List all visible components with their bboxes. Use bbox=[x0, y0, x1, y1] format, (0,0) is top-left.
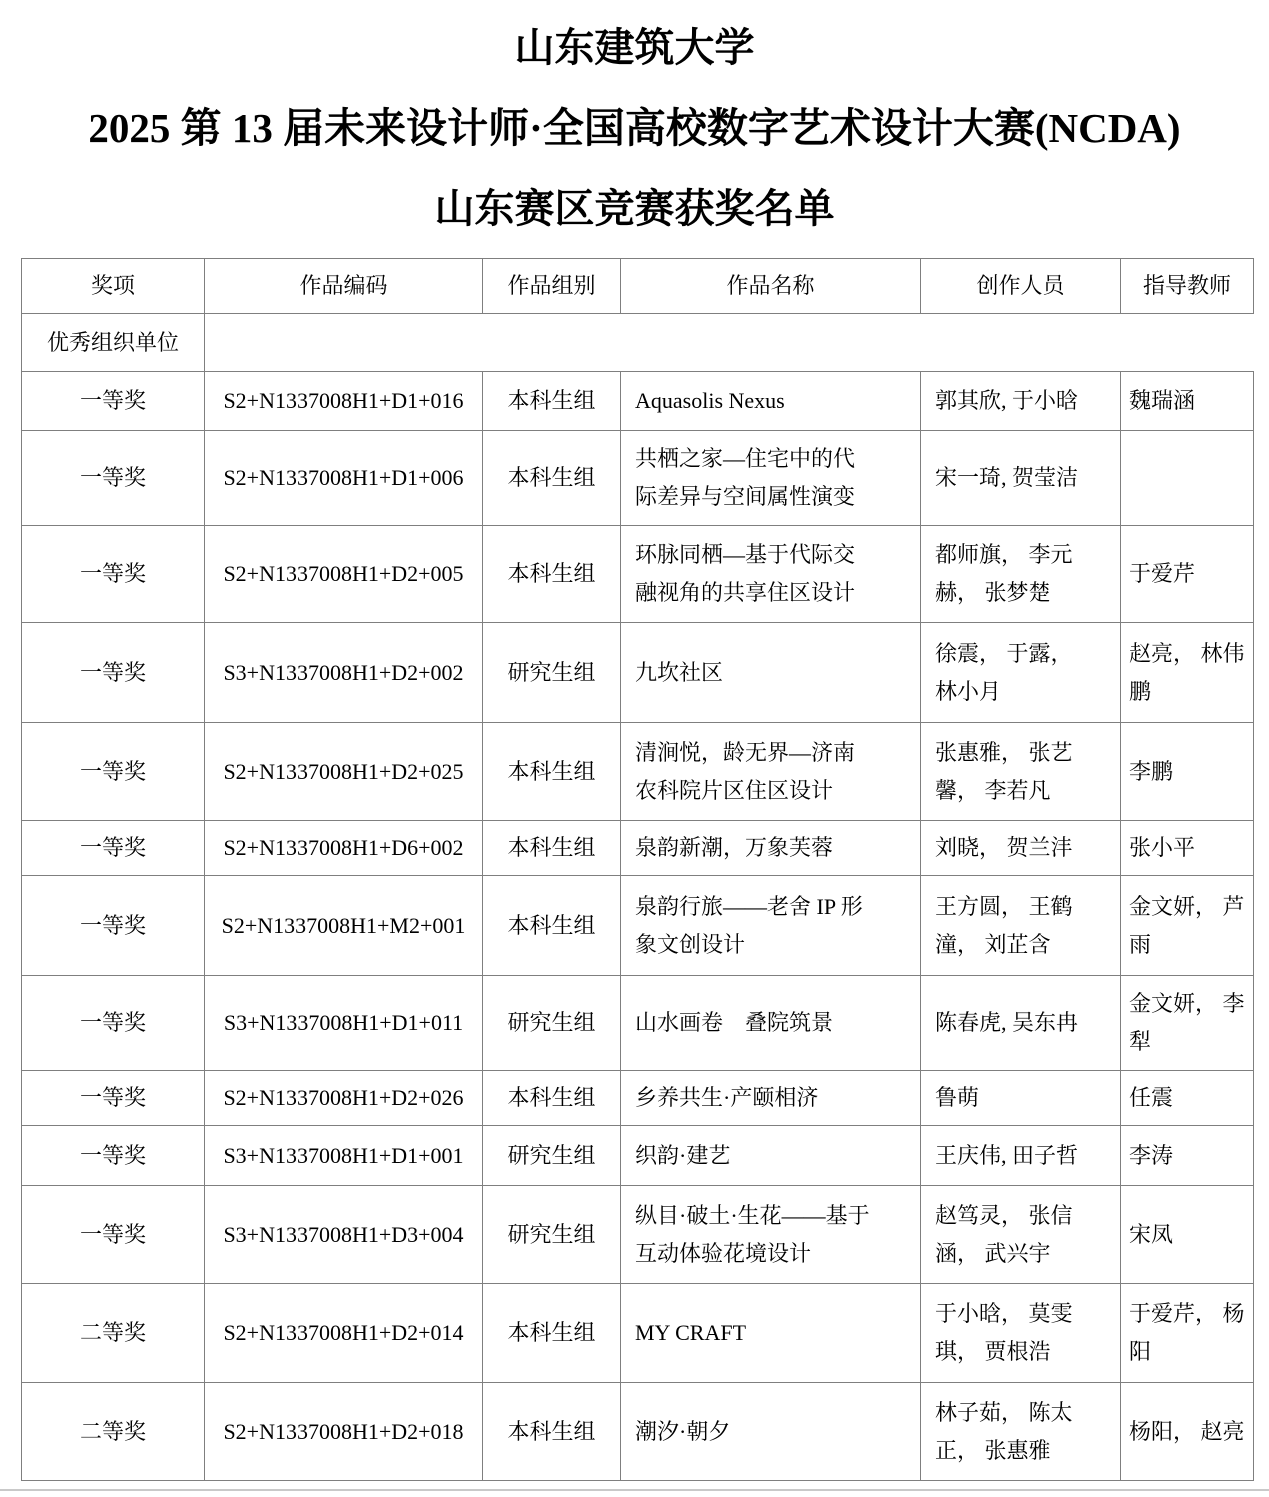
page-edge-line bbox=[0, 1489, 1269, 1491]
creators-cell: 宋一琦, 贺莹洁 bbox=[921, 431, 1121, 526]
header-row: 奖项 作品编码 作品组别 作品名称 创作人员 指导教师 bbox=[22, 259, 1254, 314]
award-cell: 一等奖 bbox=[22, 526, 205, 623]
header-teacher: 指导教师 bbox=[1121, 259, 1254, 314]
award-cell: 一等奖 bbox=[22, 821, 205, 876]
code-cell: S2+N1337008H1+D2+005 bbox=[205, 526, 483, 623]
table-row: 一等奖 S3+N1337008H1+D3+004 研究生组 纵目·破土·生花——… bbox=[22, 1186, 1254, 1284]
group-cell: 本科生组 bbox=[483, 431, 621, 526]
work-name-cell: 泉韵新潮，万象芙蓉 bbox=[621, 821, 921, 876]
table-row: 一等奖 S2+N1337008H1+D1+016 本科生组 Aquasolis … bbox=[22, 372, 1254, 431]
award-cell: 二等奖 bbox=[22, 1284, 205, 1383]
group-cell: 本科生组 bbox=[483, 1383, 621, 1481]
teacher-cell: 于爱芹， 杨阳 bbox=[1121, 1284, 1254, 1383]
code-cell: S2+N1337008H1+D2+014 bbox=[205, 1284, 483, 1383]
code-cell: S2+N1337008H1+D6+002 bbox=[205, 821, 483, 876]
creators-cell: 王庆伟, 田子哲 bbox=[921, 1126, 1121, 1186]
code-cell: S3+N1337008H1+D3+004 bbox=[205, 1186, 483, 1284]
work-name-cell: 泉韵行旅——老舍 IP 形象文创设计 bbox=[621, 876, 921, 976]
code-cell: S2+N1337008H1+D1+016 bbox=[205, 372, 483, 431]
award-cell: 二等奖 bbox=[22, 1383, 205, 1481]
work-name-cell: 乡养共生·产颐相济 bbox=[621, 1071, 921, 1126]
award-cell: 一等奖 bbox=[22, 372, 205, 431]
code-cell: S3+N1337008H1+D2+002 bbox=[205, 623, 483, 723]
award-table: 奖项 作品编码 作品组别 作品名称 创作人员 指导教师 优秀组织单位 一等奖 S… bbox=[21, 258, 1254, 1481]
award-list-subtitle: 山东赛区竞赛获奖名单 bbox=[0, 177, 1269, 234]
award-cell: 一等奖 bbox=[22, 723, 205, 821]
group-cell: 本科生组 bbox=[483, 526, 621, 623]
teacher-cell bbox=[1121, 431, 1254, 526]
code-cell: S3+N1337008H1+D1+001 bbox=[205, 1126, 483, 1186]
creators-cell: 赵笃灵， 张信涵， 武兴宇 bbox=[921, 1186, 1121, 1284]
creators-cell: 徐震， 于露， 林小月 bbox=[921, 623, 1121, 723]
group-cell: 研究生组 bbox=[483, 1186, 621, 1284]
work-name-cell: Aquasolis Nexus bbox=[621, 372, 921, 431]
group-cell: 本科生组 bbox=[483, 1284, 621, 1383]
header-code: 作品编码 bbox=[205, 259, 483, 314]
creators-cell: 王方圆， 王鹤潼， 刘芷含 bbox=[921, 876, 1121, 976]
group-cell: 本科生组 bbox=[483, 372, 621, 431]
table-row: 一等奖 S3+N1337008H1+D2+002 研究生组 九坎社区 徐震， 于… bbox=[22, 623, 1254, 723]
teacher-cell: 李鹏 bbox=[1121, 723, 1254, 821]
work-name-cell: 九坎社区 bbox=[621, 623, 921, 723]
creators-cell: 郭其欣, 于小晗 bbox=[921, 372, 1121, 431]
award-cell: 一等奖 bbox=[22, 431, 205, 526]
creators-cell: 都师旗， 李元赫， 张梦楚 bbox=[921, 526, 1121, 623]
code-cell: S2+N1337008H1+D2+026 bbox=[205, 1071, 483, 1126]
group-cell: 研究生组 bbox=[483, 623, 621, 723]
code-cell: S3+N1337008H1+D1+011 bbox=[205, 976, 483, 1071]
creators-cell: 陈春虎, 吴东冉 bbox=[921, 976, 1121, 1071]
table-row: 一等奖 S3+N1337008H1+D1+011 研究生组 山水画卷 叠院筑景 … bbox=[22, 976, 1254, 1071]
table-row: 一等奖 S2+N1337008H1+D2+026 本科生组 乡养共生·产颐相济 … bbox=[22, 1071, 1254, 1126]
creators-cell: 于小晗， 莫雯琪， 贾根浩 bbox=[921, 1284, 1121, 1383]
creators-cell: 刘晓， 贺兰沣 bbox=[921, 821, 1121, 876]
teacher-cell: 张小平 bbox=[1121, 821, 1254, 876]
header-creators: 创作人员 bbox=[921, 259, 1121, 314]
work-name-cell: 织韵·建艺 bbox=[621, 1126, 921, 1186]
org-unit-empty-cell bbox=[205, 314, 1254, 372]
competition-title: 2025 第 13 届未来设计师·全国高校数字艺术设计大赛(NCDA) bbox=[0, 95, 1269, 154]
table-row: 一等奖 S2+N1337008H1+D1+006 本科生组 共栖之家—住宅中的代… bbox=[22, 431, 1254, 526]
org-unit-row: 优秀组织单位 bbox=[22, 314, 1254, 372]
code-cell: S2+N1337008H1+D2+025 bbox=[205, 723, 483, 821]
table-row: 二等奖 S2+N1337008H1+D2+018 本科生组 潮汐·朝夕 林子茹，… bbox=[22, 1383, 1254, 1481]
work-name-cell: 清涧悦，龄无界—济南农科院片区住区设计 bbox=[621, 723, 921, 821]
work-name-cell: 环脉同栖—基于代际交融视角的共享住区设计 bbox=[621, 526, 921, 623]
creators-cell: 林子茹， 陈太正， 张惠雅 bbox=[921, 1383, 1121, 1481]
teacher-cell: 魏瑞涵 bbox=[1121, 372, 1254, 431]
university-title: 山东建筑大学 bbox=[0, 16, 1269, 73]
teacher-cell: 金文妍， 芦雨 bbox=[1121, 876, 1254, 976]
group-cell: 本科生组 bbox=[483, 876, 621, 976]
work-name-cell: MY CRAFT bbox=[621, 1284, 921, 1383]
table-row: 一等奖 S2+N1337008H1+D2+025 本科生组 清涧悦，龄无界—济南… bbox=[22, 723, 1254, 821]
award-cell: 一等奖 bbox=[22, 1186, 205, 1284]
code-cell: S2+N1337008H1+D1+006 bbox=[205, 431, 483, 526]
teacher-cell: 赵亮， 林伟鹏 bbox=[1121, 623, 1254, 723]
teacher-cell: 李涛 bbox=[1121, 1126, 1254, 1186]
teacher-cell: 金文妍， 李犁 bbox=[1121, 976, 1254, 1071]
header-award: 奖项 bbox=[22, 259, 205, 314]
table-row: 一等奖 S3+N1337008H1+D1+001 研究生组 织韵·建艺 王庆伟,… bbox=[22, 1126, 1254, 1186]
code-cell: S2+N1337008H1+M2+001 bbox=[205, 876, 483, 976]
teacher-cell: 任震 bbox=[1121, 1071, 1254, 1126]
award-cell: 一等奖 bbox=[22, 1126, 205, 1186]
teacher-cell: 宋凤 bbox=[1121, 1186, 1254, 1284]
award-cell: 一等奖 bbox=[22, 623, 205, 723]
teacher-cell: 杨阳， 赵亮 bbox=[1121, 1383, 1254, 1481]
group-cell: 研究生组 bbox=[483, 1126, 621, 1186]
code-cell: S2+N1337008H1+D2+018 bbox=[205, 1383, 483, 1481]
work-name-cell: 潮汐·朝夕 bbox=[621, 1383, 921, 1481]
header-group: 作品组别 bbox=[483, 259, 621, 314]
work-name-cell: 共栖之家—住宅中的代际差异与空间属性演变 bbox=[621, 431, 921, 526]
group-cell: 本科生组 bbox=[483, 1071, 621, 1126]
award-cell: 一等奖 bbox=[22, 1071, 205, 1126]
table-row: 二等奖 S2+N1337008H1+D2+014 本科生组 MY CRAFT 于… bbox=[22, 1284, 1254, 1383]
award-cell: 一等奖 bbox=[22, 876, 205, 976]
work-name-cell: 纵目·破土·生花——基于互动体验花境设计 bbox=[621, 1186, 921, 1284]
teacher-cell: 于爱芹 bbox=[1121, 526, 1254, 623]
creators-cell: 张惠雅， 张艺馨， 李若凡 bbox=[921, 723, 1121, 821]
creators-cell: 鲁萌 bbox=[921, 1071, 1121, 1126]
group-cell: 研究生组 bbox=[483, 976, 621, 1071]
table-row: 一等奖 S2+N1337008H1+M2+001 本科生组 泉韵行旅——老舍 I… bbox=[22, 876, 1254, 976]
work-name-cell: 山水画卷 叠院筑景 bbox=[621, 976, 921, 1071]
org-unit-label: 优秀组织单位 bbox=[22, 314, 205, 372]
table-row: 一等奖 S2+N1337008H1+D6+002 本科生组 泉韵新潮，万象芙蓉 … bbox=[22, 821, 1254, 876]
header-name: 作品名称 bbox=[621, 259, 921, 314]
table-row: 一等奖 S2+N1337008H1+D2+005 本科生组 环脉同栖—基于代际交… bbox=[22, 526, 1254, 623]
group-cell: 本科生组 bbox=[483, 821, 621, 876]
award-cell: 一等奖 bbox=[22, 976, 205, 1071]
group-cell: 本科生组 bbox=[483, 723, 621, 821]
